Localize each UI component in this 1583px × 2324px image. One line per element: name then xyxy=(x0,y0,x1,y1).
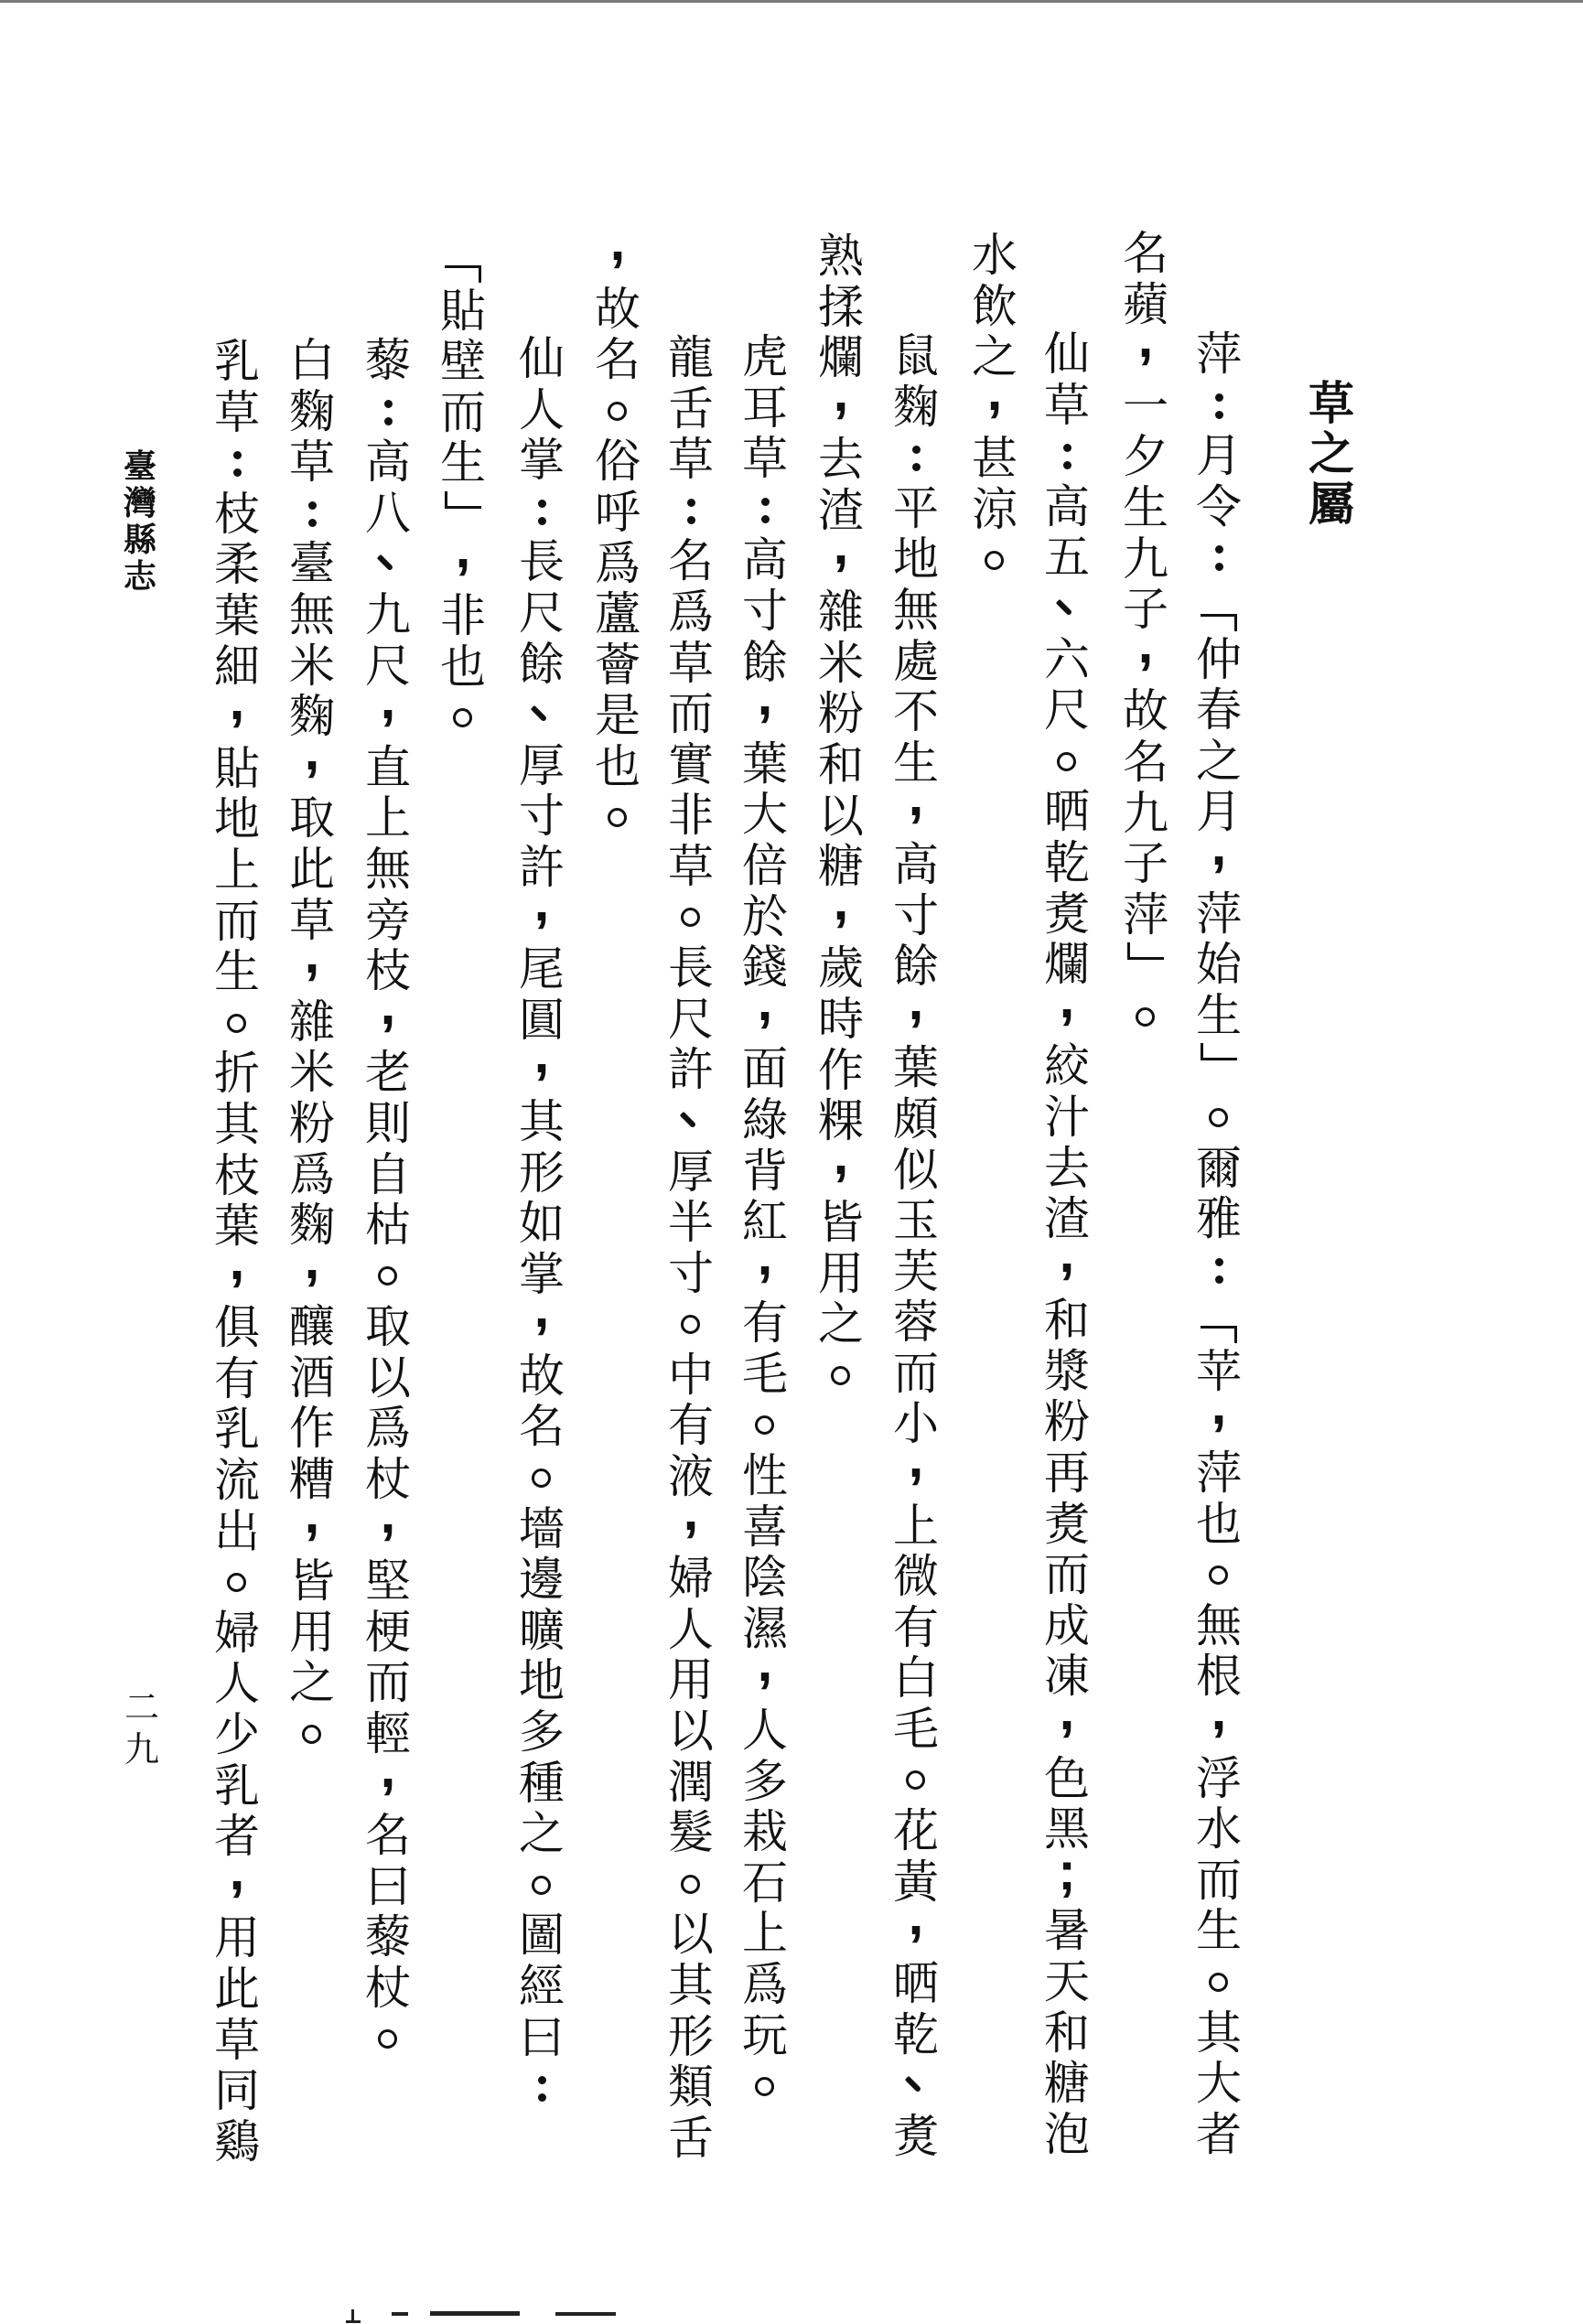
text-character: 藜 xyxy=(359,1912,417,1964)
text-character: 舌 xyxy=(662,2114,720,2165)
text-character: 婦 xyxy=(208,1609,266,1660)
text-character: 其 xyxy=(1190,2008,1248,2060)
text-character: 葉 xyxy=(887,1043,945,1094)
text-character: 耳 xyxy=(736,383,794,435)
text-character: 舌 xyxy=(662,384,720,436)
text-character: 此 xyxy=(283,845,341,896)
text-character: 雜 xyxy=(812,587,870,639)
punctuation-mark: ： xyxy=(359,387,417,438)
text-character: 邊 xyxy=(512,1555,571,1606)
text-character: 晒 xyxy=(887,1959,945,2010)
text-character: 玉 xyxy=(887,1196,945,1247)
punctuation-mark: ， xyxy=(208,693,266,744)
text-character: 五 xyxy=(1038,533,1096,584)
text-character: 喜 xyxy=(736,1502,794,1554)
punctuation-mark: ： xyxy=(1038,431,1096,482)
text-character: 去 xyxy=(812,435,870,486)
punctuation-mark: ， xyxy=(812,537,870,588)
punctuation-mark: ， xyxy=(812,1147,870,1199)
punctuation-mark: ， xyxy=(434,541,492,592)
text-character: 名 xyxy=(1116,737,1175,789)
entry-huercao-line-1: 虎耳草：高寸餘，葉大倍於錢，面綠背紅，有毛。性喜陰濕，人多栽石上爲玩。 xyxy=(736,332,794,2113)
text-character: 而 xyxy=(208,897,266,948)
punctuation-mark: ： xyxy=(887,433,945,484)
text-character: 生 xyxy=(1190,991,1248,1042)
punctuation-mark: ， xyxy=(359,997,417,1049)
text-character: 乳 xyxy=(208,1404,266,1456)
text-character: 多 xyxy=(736,1757,794,1808)
text-character: 草 xyxy=(662,842,720,893)
text-character: 用 xyxy=(662,1655,720,1706)
text-character: 萍 xyxy=(1190,889,1248,941)
text-character: 雜 xyxy=(283,997,341,1049)
text-character: 爾 xyxy=(1190,1144,1248,1195)
punctuation-mark: ， xyxy=(1116,330,1175,382)
running-book-title: 臺灣縣志 xyxy=(121,448,159,595)
text-character: 有 xyxy=(887,1603,945,1654)
text-character: 春 xyxy=(1190,685,1248,737)
text-character: 鷄 xyxy=(208,2117,266,2168)
text-character: 餘 xyxy=(512,640,571,691)
text-character: 經 xyxy=(512,1962,571,2013)
punctuation-mark: 、 xyxy=(662,1096,720,1147)
punctuation-mark: 。 xyxy=(662,1859,720,1910)
text-character: 和 xyxy=(1038,1296,1096,1347)
text-character: 煑 xyxy=(887,2112,945,2163)
punctuation-mark: 。 xyxy=(434,693,492,744)
text-character: 薈 xyxy=(588,640,647,692)
punctuation-mark: 。 xyxy=(359,2015,417,2066)
text-character: 非 xyxy=(662,791,720,842)
text-character: 上 xyxy=(887,1501,945,1553)
text-character: 大 xyxy=(1190,2059,1248,2110)
text-character: 月 xyxy=(1190,431,1248,482)
punctuation-mark: ， xyxy=(965,383,1024,435)
text-character: 麴 xyxy=(283,387,341,438)
punctuation-mark: 「 xyxy=(434,235,492,286)
text-character: 六 xyxy=(1038,635,1096,686)
text-character: 也 xyxy=(1190,1500,1248,1551)
text-character: 乳 xyxy=(208,1761,266,1813)
punctuation-mark: ， xyxy=(1038,1703,1096,1754)
entry-ping-line-2: 名蘋，一夕生九子，故名九子萍」。 xyxy=(1116,229,1175,1043)
punctuation-mark: ： xyxy=(512,487,571,538)
text-character: 草 xyxy=(662,639,720,690)
text-character: 同 xyxy=(208,2066,266,2117)
entry-xiancao-line-1: 仙草：高五、六尺。晒乾煑爛，絞汁去渣，和漿粉再煑而成凍，色黑；暑天和糖泡 xyxy=(1038,329,1096,2160)
text-character: 草 xyxy=(283,437,341,489)
punctuation-mark: ； xyxy=(1038,1856,1096,1907)
punctuation-mark: ： xyxy=(736,485,794,536)
punctuation-mark: 。 xyxy=(208,998,266,1049)
text-character: 尺 xyxy=(1038,685,1096,737)
punctuation-mark: 。 xyxy=(512,1453,571,1504)
text-character: 貼 xyxy=(208,744,266,795)
text-character: 性 xyxy=(736,1451,794,1502)
punctuation-mark: ， xyxy=(887,789,945,840)
text-character: 俗 xyxy=(588,436,647,488)
text-character: 雅 xyxy=(1190,1194,1248,1245)
punctuation-mark: ， xyxy=(887,993,945,1044)
text-character: 寸 xyxy=(736,586,794,638)
text-character: 以 xyxy=(662,1910,720,1961)
text-character: 半 xyxy=(662,1198,720,1249)
text-character: 其 xyxy=(208,1100,266,1151)
scan-artifact-mark xyxy=(430,2311,520,2316)
text-character: 曠 xyxy=(512,1606,571,1657)
text-character: 故 xyxy=(1116,686,1175,737)
text-character: 乾 xyxy=(887,2010,945,2061)
text-character: 汁 xyxy=(1038,1092,1096,1144)
text-character: 形 xyxy=(662,2012,720,2063)
text-character: 萍 xyxy=(1190,329,1248,381)
text-character: 皆 xyxy=(812,1198,870,1249)
scan-artifact-mark xyxy=(392,2312,408,2316)
page-number: 二九 xyxy=(122,1686,162,1770)
text-character: 者 xyxy=(1190,2110,1248,2161)
punctuation-mark: ， xyxy=(736,994,794,1045)
text-character: 枝 xyxy=(208,1151,266,1202)
text-character: 潤 xyxy=(662,1758,720,1809)
punctuation-mark: ， xyxy=(359,1506,417,1557)
punctuation-mark: 。 xyxy=(359,1252,417,1303)
text-character: 蓉 xyxy=(887,1297,945,1349)
book-page: 草之屬 萍：月令：「仲春之月，萍始生」。爾雅：「苹，萍也。無根，浮水而生。其大者… xyxy=(0,0,1583,2324)
text-character: 臺 xyxy=(283,539,341,590)
text-character: 實 xyxy=(662,740,720,791)
section-title: 草之屬 xyxy=(1302,378,1361,529)
text-character: 名 xyxy=(588,335,647,386)
text-character: 鼠 xyxy=(887,331,945,382)
text-character: 也 xyxy=(434,642,492,694)
text-character: 曰 xyxy=(359,1862,417,1913)
text-character: 墻 xyxy=(512,1504,571,1555)
text-character: 草 xyxy=(1038,381,1096,432)
text-character: 草 xyxy=(662,435,720,486)
punctuation-mark: ， xyxy=(359,1760,417,1812)
text-character: 直 xyxy=(359,743,417,794)
punctuation-mark: ： xyxy=(662,486,720,537)
text-character: 寸 xyxy=(662,1249,720,1300)
punctuation-mark: 。 xyxy=(1190,1957,1248,2008)
text-character: 地 xyxy=(208,794,266,845)
punctuation-mark: ， xyxy=(208,1253,266,1304)
text-character: 有 xyxy=(208,1354,266,1405)
text-character: 類 xyxy=(662,2062,720,2114)
punctuation-mark: ： xyxy=(208,438,266,490)
text-character: 人 xyxy=(208,1659,266,1710)
text-character: 背 xyxy=(736,1146,794,1198)
text-character: 龍 xyxy=(662,333,720,384)
text-character: 以 xyxy=(662,1706,720,1758)
text-character: 二 xyxy=(122,1686,162,1728)
text-character: 用 xyxy=(812,1249,870,1300)
text-character: 去 xyxy=(1038,1144,1096,1195)
text-character: 有 xyxy=(736,1298,794,1350)
text-character: 釀 xyxy=(283,1302,341,1353)
text-character: 白 xyxy=(283,336,341,387)
text-character: 名 xyxy=(359,1811,417,1862)
punctuation-mark: ： xyxy=(283,489,341,540)
text-character: 米 xyxy=(812,639,870,690)
text-character: 九 xyxy=(1116,789,1175,840)
text-character: 曰 xyxy=(512,2013,571,2064)
text-character: 似 xyxy=(887,1146,945,1197)
text-character: 爲 xyxy=(359,1404,417,1455)
punctuation-mark: 。 xyxy=(283,1709,341,1760)
text-character: 貼 xyxy=(434,286,492,338)
punctuation-mark: 。 xyxy=(662,1299,720,1350)
text-character: 萍 xyxy=(1116,890,1175,941)
scan-artifact-mark xyxy=(346,2320,361,2323)
text-character: 上 xyxy=(359,793,417,845)
text-character: 之 xyxy=(283,1658,341,1709)
text-character: 無 xyxy=(1190,1601,1248,1652)
punctuation-mark: ， xyxy=(283,743,341,794)
text-character: 用 xyxy=(283,1608,341,1659)
entry-ping-line-1: 萍：月令：「仲春之月，萍始生」。爾雅：「苹，萍也。無根，浮水而生。其大者 xyxy=(1190,329,1248,2160)
text-character: 地 xyxy=(512,1656,571,1707)
text-character: 生 xyxy=(208,947,266,998)
text-character: 名 xyxy=(662,536,720,587)
text-character: 色 xyxy=(1038,1754,1096,1805)
punctuation-mark: ， xyxy=(887,1908,945,1959)
text-character: 之 xyxy=(512,1809,571,1860)
text-character: 九 xyxy=(359,590,417,641)
text-character: 而 xyxy=(434,388,492,439)
text-character: 如 xyxy=(512,1199,571,1250)
text-character: 縣 xyxy=(121,522,159,558)
text-character: 絞 xyxy=(1038,1041,1096,1092)
text-character: 而 xyxy=(887,1349,945,1400)
text-character: 上 xyxy=(208,845,266,897)
text-character: 作 xyxy=(283,1404,341,1455)
text-character: 暑 xyxy=(1038,1906,1096,1957)
punctuation-mark: ： xyxy=(512,2063,571,2114)
text-character: 面 xyxy=(736,1044,794,1095)
text-character: 生 xyxy=(1190,1906,1248,1957)
text-character: 泡 xyxy=(1038,2110,1096,2161)
text-character: 微 xyxy=(887,1552,945,1603)
text-character: 取 xyxy=(359,1302,417,1353)
punctuation-mark: ， xyxy=(359,692,417,743)
text-character: 種 xyxy=(512,1759,571,1810)
punctuation-mark: ， xyxy=(662,1503,720,1555)
top-scan-edge-line xyxy=(0,0,1583,3)
text-character: 是 xyxy=(588,691,647,742)
text-character: 葉 xyxy=(208,591,266,642)
text-character: 旁 xyxy=(359,896,417,947)
text-character: 處 xyxy=(887,637,945,688)
text-character: 熟 xyxy=(812,231,870,283)
text-character: 志 xyxy=(121,558,159,595)
text-character: 夕 xyxy=(1116,432,1175,483)
text-character: 地 xyxy=(887,534,945,586)
text-character: 毛 xyxy=(887,1705,945,1756)
text-character: 草 xyxy=(1302,378,1361,428)
text-character: 涼 xyxy=(965,485,1024,536)
punctuation-mark: ， xyxy=(283,946,341,997)
punctuation-mark: ， xyxy=(512,894,571,945)
entry-shuqu-line-1: 鼠麴：平地無處不生，高寸餘，葉頗似玉芙蓉而小，上微有白毛。花黃，晒乾、煑 xyxy=(887,331,945,2162)
entry-rucao-line-1: 乳草：枝柔葉細，貼地上而生。折其枝葉，俱有乳流出。婦人少乳者，用此草同鷄 xyxy=(208,337,266,2168)
text-character: 糖 xyxy=(1038,2059,1096,2110)
text-character: 玩 xyxy=(736,2011,794,2062)
punctuation-mark: ， xyxy=(208,1863,266,1914)
punctuation-mark: 」 xyxy=(1190,1041,1248,1092)
punctuation-mark: 。 xyxy=(1038,737,1096,788)
punctuation-mark: 、 xyxy=(512,690,571,741)
text-character: 晒 xyxy=(1038,787,1096,838)
text-character: 乳 xyxy=(208,337,266,388)
text-character: 平 xyxy=(887,484,945,535)
punctuation-mark: 」 xyxy=(1116,941,1175,992)
text-character: 米 xyxy=(283,641,341,693)
text-character: 尺 xyxy=(662,995,720,1046)
text-character: 堅 xyxy=(359,1556,417,1608)
punctuation-mark: ， xyxy=(1038,1245,1096,1296)
entry-li-line-1: 藜：高八、九尺，直上無旁枝，老則自枯。取以爲杖，堅梗而輕，名曰藜杖。 xyxy=(359,336,417,2065)
punctuation-mark: 「 xyxy=(1190,584,1248,635)
punctuation-mark: ， xyxy=(1116,636,1175,687)
punctuation-mark: ， xyxy=(1038,991,1096,1042)
punctuation-mark: 。 xyxy=(662,893,720,944)
punctuation-mark: ， xyxy=(512,1300,571,1351)
punctuation-mark: ， xyxy=(812,893,870,944)
text-character: 始 xyxy=(1190,940,1248,991)
text-character: 九 xyxy=(122,1728,162,1770)
text-character: 草 xyxy=(736,434,794,485)
text-character: 麴 xyxy=(887,382,945,434)
text-character: 飲 xyxy=(965,282,1024,333)
punctuation-mark: 。 xyxy=(588,386,647,437)
punctuation-mark: ， xyxy=(736,1248,794,1299)
text-character: 名 xyxy=(512,1402,571,1453)
text-character: 厚 xyxy=(662,1147,720,1199)
text-character: 有 xyxy=(662,1401,720,1452)
text-character: 綠 xyxy=(736,1095,794,1146)
text-character: 臺 xyxy=(121,448,159,485)
text-character: 無 xyxy=(887,586,945,637)
text-character: 枝 xyxy=(208,490,266,541)
punctuation-mark: ： xyxy=(1190,381,1248,432)
text-character: 自 xyxy=(359,1150,417,1201)
text-character: 一 xyxy=(1116,382,1175,433)
text-character: 非 xyxy=(434,591,492,642)
entry-longshecao-line-1: 龍舌草：名爲草而實非草。長尺許、厚半寸。中有液，婦人用以潤髮。以其形類舌 xyxy=(662,333,720,2164)
text-character: 皆 xyxy=(283,1556,341,1608)
punctuation-mark: 。 xyxy=(512,1860,571,1911)
text-character: 故 xyxy=(588,285,647,336)
text-character: 杖 xyxy=(359,1964,417,2015)
punctuation-mark: ， xyxy=(588,233,647,285)
punctuation-mark: 。 xyxy=(736,1400,794,1451)
punctuation-mark: ， xyxy=(887,1450,945,1501)
punctuation-mark: 。 xyxy=(736,2061,794,2113)
text-character: 尾 xyxy=(512,944,571,995)
punctuation-mark: ： xyxy=(1190,1245,1248,1296)
text-character: 歲 xyxy=(812,943,870,995)
text-character: 長 xyxy=(662,943,720,995)
entry-xianrenzhang-line-1: 仙人掌：長尺餘、厚寸許，尾圓，其形如掌，故名。墻邊曠地多種之。圖經曰： xyxy=(512,334,571,2114)
text-character: 頗 xyxy=(887,1094,945,1146)
text-character: 蘆 xyxy=(588,589,647,640)
text-character: 生 xyxy=(434,438,492,490)
text-character: 取 xyxy=(283,793,341,845)
text-character: 人 xyxy=(512,385,571,436)
punctuation-mark: ， xyxy=(1190,838,1248,889)
text-character: 陰 xyxy=(736,1553,794,1604)
text-character: 用 xyxy=(208,1913,266,1964)
text-character: 時 xyxy=(812,995,870,1046)
text-character: 栽 xyxy=(736,1807,794,1858)
punctuation-mark: 。 xyxy=(588,793,647,845)
text-character: 白 xyxy=(887,1653,945,1705)
text-character: 大 xyxy=(736,790,794,841)
text-character: 虎 xyxy=(736,332,794,383)
text-character: 石 xyxy=(736,1858,794,1910)
text-character: 高 xyxy=(359,437,417,489)
text-character: 此 xyxy=(208,1964,266,2016)
text-character: 無 xyxy=(359,845,417,896)
text-character: 老 xyxy=(359,1048,417,1099)
text-character: 高 xyxy=(736,535,794,586)
text-character: 枯 xyxy=(359,1200,417,1252)
text-character: 寸 xyxy=(512,791,571,843)
punctuation-mark: 。 xyxy=(965,536,1024,587)
text-character: 而 xyxy=(662,689,720,740)
text-character: 仲 xyxy=(1190,635,1248,686)
text-character: 九 xyxy=(1116,534,1175,586)
text-character: 厚 xyxy=(512,741,571,792)
text-character: 許 xyxy=(662,1045,720,1096)
text-character: 無 xyxy=(283,590,341,641)
text-character: 和 xyxy=(812,740,870,791)
punctuation-mark: ， xyxy=(736,688,794,739)
punctuation-mark: ， xyxy=(283,1252,341,1303)
text-character: 爲 xyxy=(736,1960,794,2011)
text-character: 爲 xyxy=(662,587,720,639)
scan-artifact-mark xyxy=(555,2312,616,2316)
punctuation-mark: 、 xyxy=(359,539,417,590)
punctuation-mark: ， xyxy=(812,384,870,436)
text-character: 掌 xyxy=(512,436,571,487)
text-character: 灣 xyxy=(121,485,159,522)
entry-xianrenzhang-line-2: 「貼壁而生」，非也。 xyxy=(434,235,492,744)
punctuation-mark: 、 xyxy=(1038,584,1096,635)
text-character: 再 xyxy=(1038,1448,1096,1500)
text-character: 甚 xyxy=(965,434,1024,485)
entry-xiancao-line-2: 水飲之，甚涼。 xyxy=(965,231,1024,586)
text-character: 故 xyxy=(512,1351,571,1403)
text-character: 長 xyxy=(512,537,571,588)
text-character: 葉 xyxy=(736,739,794,791)
text-character: 八 xyxy=(359,489,417,540)
text-character: 子 xyxy=(1116,839,1175,890)
text-character: 多 xyxy=(512,1707,571,1759)
text-character: 粉 xyxy=(283,1099,341,1150)
text-character: 之 xyxy=(812,1299,870,1350)
text-character: 漿 xyxy=(1038,1347,1096,1398)
punctuation-mark: 。 xyxy=(812,1350,870,1402)
text-character: 煑 xyxy=(1038,889,1096,941)
text-character: 圖 xyxy=(512,1910,571,1962)
punctuation-mark: ： xyxy=(1190,533,1248,584)
punctuation-mark: 。 xyxy=(208,1557,266,1609)
text-character: 以 xyxy=(812,791,870,843)
text-character: 草 xyxy=(208,388,266,439)
text-character: 俱 xyxy=(208,1303,266,1354)
